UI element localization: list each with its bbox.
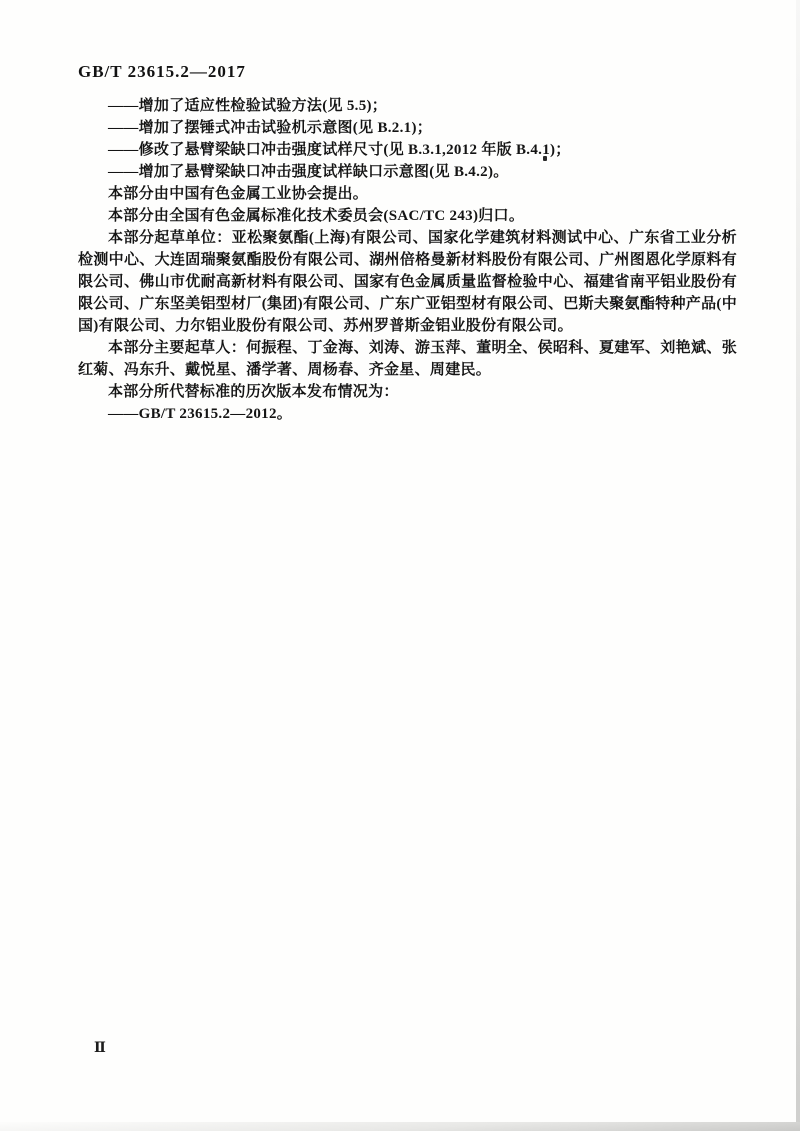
change-item-line: ——增加了悬臂梁缺口冲击强度试样缺口示意图(见 B.4.2)。	[78, 161, 737, 183]
scan-edge-right	[796, 0, 800, 1131]
chief-drafters-paragraph: 本部分主要起草人：何振程、丁金海、刘涛、游玉萍、董明全、侯昭科、夏建军、刘艳斌、…	[78, 337, 737, 381]
previous-edition-item: ——GB/T 23615.2—2012。	[78, 403, 737, 425]
proposed-by-paragraph: 本部分由中国有色金属工业协会提出。	[78, 183, 737, 205]
change-item-line: ——增加了摆锤式冲击试验机示意图(见 B.2.1)；	[78, 117, 737, 139]
document-body: ——增加了适应性检验试验方法(见 5.5)； ——增加了摆锤式冲击试验机示意图(…	[78, 95, 737, 425]
change-item-line: ——修改了悬臂梁缺口冲击强度试样尺寸(见 B.3.1,2012 年版 B.4.1…	[78, 139, 737, 161]
centralized-by-paragraph: 本部分由全国有色金属标准化技术委员会(SAC/TC 243)归口。	[78, 205, 737, 227]
scan-artifact-speck	[543, 156, 547, 161]
scanned-document: { "document": { "header": "GB/T 23615.2—…	[0, 0, 800, 1131]
drafting-organizations-paragraph: 本部分起草单位：亚松聚氨酯(上海)有限公司、国家化学建筑材料测试中心、广东省工业…	[78, 227, 737, 337]
scan-edge-bottom	[0, 1122, 800, 1131]
change-item-line: ——增加了适应性检验试验方法(见 5.5)；	[78, 95, 737, 117]
previous-editions-intro-paragraph: 本部分所代替标准的历次版本发布情况为：	[78, 381, 737, 403]
standard-number-header: GB/T 23615.2—2017	[78, 62, 246, 82]
document-page: GB/T 23615.2—2017 ——增加了适应性检验试验方法(见 5.5)；…	[0, 0, 800, 1131]
page-number: Ⅱ	[94, 1040, 106, 1057]
